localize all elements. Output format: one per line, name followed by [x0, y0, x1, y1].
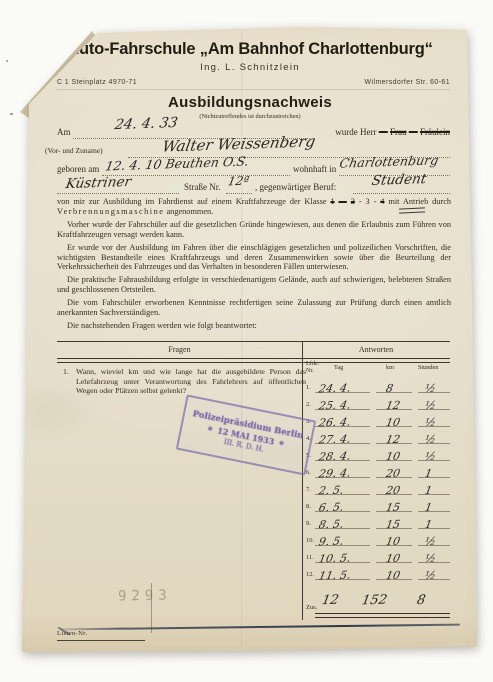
paragraph-exam-admission: Die vom Fahrschüler erworbenen Kenntniss… [57, 298, 451, 317]
acceptance-suffix: angenommen. [167, 207, 214, 216]
underline [376, 392, 412, 393]
fragen-column-header: Fragen [57, 345, 302, 354]
born-field-label: geboren am [57, 164, 99, 174]
total-hours-value: 8 [416, 593, 427, 608]
print-artifact: · · [257, 346, 263, 352]
table-row: 4. 27. 4. 12 ½ [306, 428, 450, 445]
entry-km: 10 [385, 569, 401, 582]
resident-field-label: wohnhaft in [293, 164, 336, 174]
dash: — [409, 127, 418, 137]
dash: - [359, 197, 362, 206]
col-header-tag: Tag [334, 364, 343, 371]
underline [418, 477, 450, 478]
letterhead-rule [57, 89, 450, 90]
dash: - [374, 197, 377, 206]
paragraph-instruction: Er wurde vor der Ausbildung im Fahren üb… [57, 243, 451, 272]
table-top-rule [57, 341, 450, 342]
row-number: 2. [306, 401, 311, 408]
table-row: 7. 2. 5. 20 1 [306, 479, 450, 496]
row-number: 12. [306, 571, 314, 578]
street-field-label: Straße Nr. [184, 182, 221, 192]
col-header-lfde: Lfde. Nr. [306, 361, 319, 374]
table-row: 12. 11. 5. 10 ½ [306, 564, 450, 581]
underline [226, 193, 252, 194]
total-double-underline [315, 613, 450, 618]
table-header-double-rule [57, 358, 450, 363]
training-date-value: 24. 4. 33 [113, 115, 179, 133]
document-paper: Auto-Fahrschule „Am Bahnhof Charlottenbu… [0, 0, 493, 682]
underline [418, 494, 450, 495]
table-row: 6. 29. 4. 20 1 [306, 462, 450, 479]
list-number-stamp: 9293 [118, 588, 172, 605]
question-1: 1. Wann, wieviel km und wie lange hat di… [63, 367, 306, 396]
col-header-km: km [386, 364, 394, 371]
residence-value: Charlottenburg [338, 152, 439, 170]
underline [353, 193, 450, 194]
total-days-value: 12 [321, 593, 340, 609]
row-number: 11. [306, 554, 314, 561]
birthdate-value: 12. 4. 10 Beuthen O.S. [104, 154, 250, 174]
salutation-fraeulein-struck: Fräulein [420, 127, 450, 137]
row-number: 10. [306, 537, 314, 544]
salutation-frau-struck: Frau [390, 127, 407, 137]
training-log-rows: 1. 24. 4. 8 ½ 2. 25. 4. 12 ½ 3. [306, 377, 450, 581]
table-row: 2. 25. 4. 12 ½ [306, 394, 450, 411]
row-number: 6. [306, 469, 311, 476]
row-number: 9. [306, 520, 311, 527]
table-row: 10. 9. 5. 10 ½ [306, 530, 450, 547]
table-row: 3. 26. 4. 10 ½ [306, 411, 450, 428]
paragraph-questions-intro: Die nachstehenden Fragen werden wie folg… [57, 321, 451, 331]
salutation-label: wurde Herr [335, 127, 376, 137]
underline [418, 511, 450, 512]
table-row: 1. 24. 4. 8 ½ [306, 377, 450, 394]
antworten-column-header: Antworten [302, 345, 450, 354]
profession-field-label: , gegenwärtiger Beruf: [255, 182, 336, 192]
listen-nr-underline [57, 640, 145, 641]
paragraph-practical-training: Die praktische Fahrausbildung erfolgte i… [57, 275, 451, 294]
underline [418, 528, 450, 529]
vehicle-class-1-struck: 1 [330, 197, 334, 206]
body-text-block: von mir zur Ausbildung im Fahrdienst auf… [57, 197, 451, 334]
star-icon: ✳ [207, 425, 213, 433]
question-1-number: 1. [63, 367, 69, 377]
engine-type: Verbrennungsmaschine [57, 207, 164, 216]
row-number: 1. [306, 384, 311, 391]
document-paper-wrap: Auto-Fahrschule „Am Bahnhof Charlottenbu… [0, 0, 493, 682]
photo-background: Auto-Fahrschule „Am Bahnhof Charlottenbu… [0, 0, 493, 682]
table-row: 8. 6. 5. 15 1 [306, 496, 450, 513]
questions-answers-table: Fragen · · Antworten 1. Wann, wieviel km… [57, 341, 450, 627]
star-icon: ✳ [278, 439, 284, 447]
dash: — [339, 197, 347, 206]
question-1-text: Wann, wieviel km und wie lange hat die a… [76, 367, 306, 395]
entry-date: 11. 5. [318, 568, 352, 582]
paragraph-legal-grounds: Vorher wurde der Fahrschüler auf die ges… [57, 220, 451, 239]
col-header-stunden: Stunden [418, 364, 438, 371]
student-name-value: Walter Weissenberg [161, 132, 317, 155]
name-field-label: (Vor- und Zuname) [45, 146, 103, 155]
vehicle-class-4-struck: 4 [380, 197, 384, 206]
row-number: 8. [306, 503, 311, 510]
street-number-value: 12ª [227, 174, 251, 189]
document-subtitle: (Nichtzutreffendes ist durchzustreichen) [40, 113, 460, 120]
row-number: 7. [306, 486, 311, 493]
date-field-label: Am [57, 127, 71, 137]
acceptance-paragraph: von mir zur Ausbildung im Fahrdienst auf… [57, 197, 451, 216]
acceptance-prefix: von mir zur Ausbildung im Fahrdienst auf… [57, 197, 327, 206]
underline [57, 193, 179, 194]
phone-number: C 1 Steinplatz 4970-71 [57, 79, 137, 86]
school-name: Auto-Fahrschule „Am Bahnhof Charlottenbu… [40, 40, 460, 59]
document-title: Ausbildungsnachweis [40, 94, 460, 111]
salutation-line: wurde Herr — Frau — Fräulein [335, 127, 450, 137]
vehicle-class-2-struck: 2 [351, 197, 355, 206]
col-header-lfde-line2: Nr. [306, 367, 314, 374]
total-label: Zus. [306, 604, 317, 611]
total-km-value: 152 [361, 593, 389, 609]
vehicle-class-3-selected: 3 [366, 197, 370, 206]
dash: — [379, 127, 388, 137]
table-row: 11. 10. 5. 10 ½ [306, 547, 450, 564]
table-row: 9. 8. 5. 15 1 [306, 513, 450, 530]
table-row: 5. 28. 4. 10 ½ [306, 445, 450, 462]
entry-hours: ½ [424, 569, 437, 582]
engineer-name: Ing. L. Schnitzlein [40, 62, 460, 73]
street-address: Wilmersdorfer Str. 60-61 [365, 79, 450, 86]
street-name-value: Küstriner [64, 174, 132, 192]
profession-value: Student [370, 171, 427, 189]
acceptance-mid: mit Antrieb durch [388, 197, 451, 206]
